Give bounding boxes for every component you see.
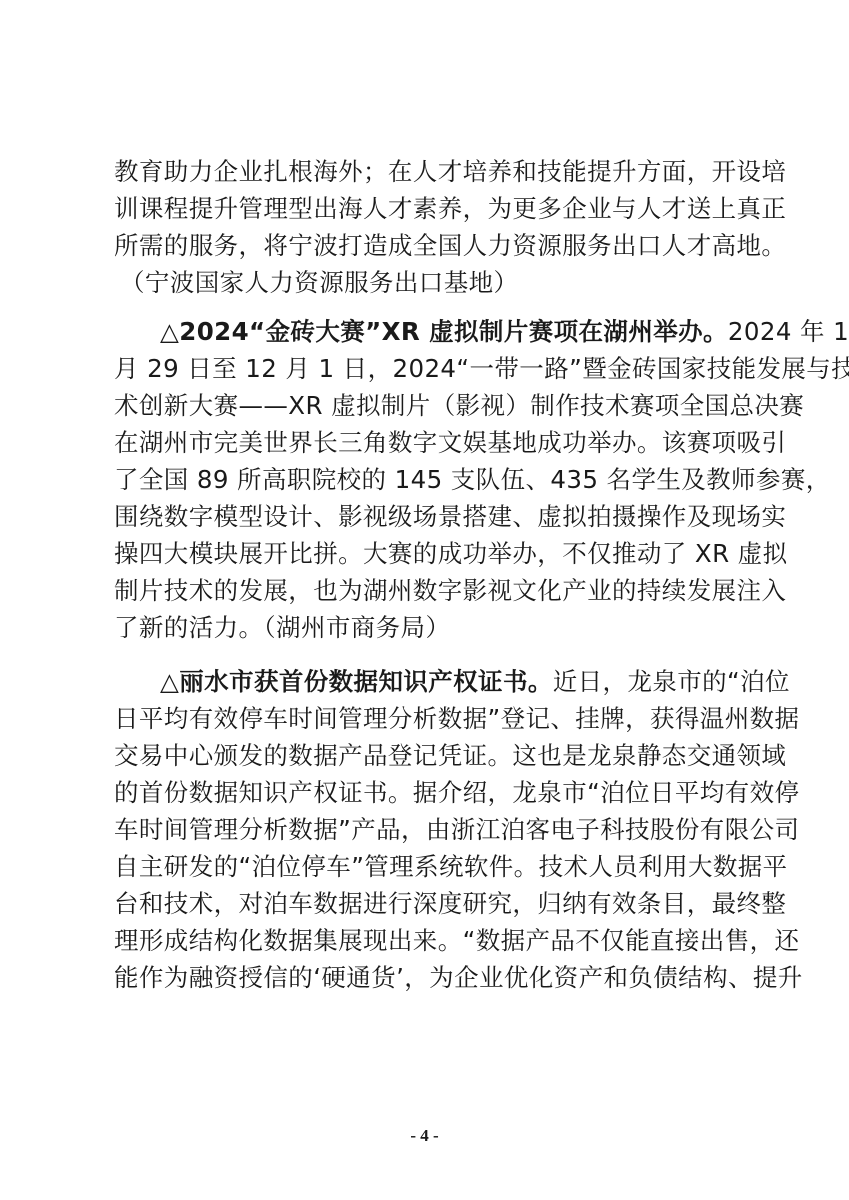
text-line: 交易中心颁发的数据产品登记凭证。这也是龙泉静态交通领域	[114, 738, 744, 774]
headline: △丽水市获首份数据知识产权证书。	[160, 667, 553, 696]
page-number: - 4 -	[0, 1126, 849, 1146]
text-line: 了新的活力。（湖州市商务局）	[114, 610, 744, 646]
text-line: 训课程提升管理型出海人才素养，为更多企业与人才送上真正	[114, 191, 744, 227]
text-line: 围绕数字模型设计、影视级场景搭建、虚拟拍摄操作及现场实	[114, 499, 744, 535]
headline-line: △丽水市获首份数据知识产权证书。近日，龙泉市的“泊位	[160, 664, 744, 700]
headline: △2024“金砖大赛”XR 虚拟制片赛项在湖州举办。	[160, 317, 728, 346]
text-line: 所需的服务，将宁波打造成全国人力资源服务出口人才高地。	[114, 228, 744, 264]
text-line: 操四大模块展开比拼。大赛的成功举办，不仅推动了 XR 虚拟	[114, 536, 744, 572]
text-line: 台和技术，对泊车数据进行深度研究，归纳有效条目，最终整	[114, 886, 744, 922]
text-line: 月 29 日至 12 月 1 日，2024“一带一路”暨金砖国家技能发展与技	[114, 351, 744, 387]
text-line: 车时间管理分析数据”产品，由浙江泊客电子科技股份有限公司	[114, 812, 744, 848]
text-run: 2024 年 11	[728, 317, 849, 346]
text-line: 术创新大赛——XR 虚拟制片（影视）制作技术赛项全国总决赛	[114, 388, 744, 424]
text-line: 能作为融资授信的‘硬通货’，为企业优化资产和负债结构、提升	[114, 960, 744, 996]
text-line: 日平均有效停车时间管理分析数据”登记、挂牌，获得温州数据	[114, 701, 744, 737]
source-attribution: （宁波国家人力资源服务出口基地）	[120, 265, 750, 301]
text-line: 自主研发的“泊位停车”管理系统软件。技术人员利用大数据平	[114, 849, 744, 885]
headline-line: △2024“金砖大赛”XR 虚拟制片赛项在湖州举办。2024 年 11	[160, 314, 744, 350]
text-line: 了全国 89 所高职院校的 145 支队伍、435 名学生及教师参赛，	[114, 462, 744, 498]
text-line: 教育助力企业扎根海外；在人才培养和技能提升方面，开设培	[114, 154, 744, 190]
text-line: 制片技术的发展，也为湖州数字影视文化产业的持续发展注入	[114, 573, 744, 609]
text-line: 理形成结构化数据集展现出来。“数据产品不仅能直接出售，还	[114, 923, 744, 959]
text-line: 的首份数据知识产权证书。据介绍，龙泉市“泊位日平均有效停	[114, 775, 744, 811]
text-run: 近日，龙泉市的“泊位	[553, 667, 790, 696]
document-page: 教育助力企业扎根海外；在人才培养和技能提升方面，开设培 训课程提升管理型出海人才…	[0, 0, 849, 1200]
text-line: 在湖州市完美世界长三角数字文娱基地成功举办。该赛项吸引	[114, 425, 744, 461]
